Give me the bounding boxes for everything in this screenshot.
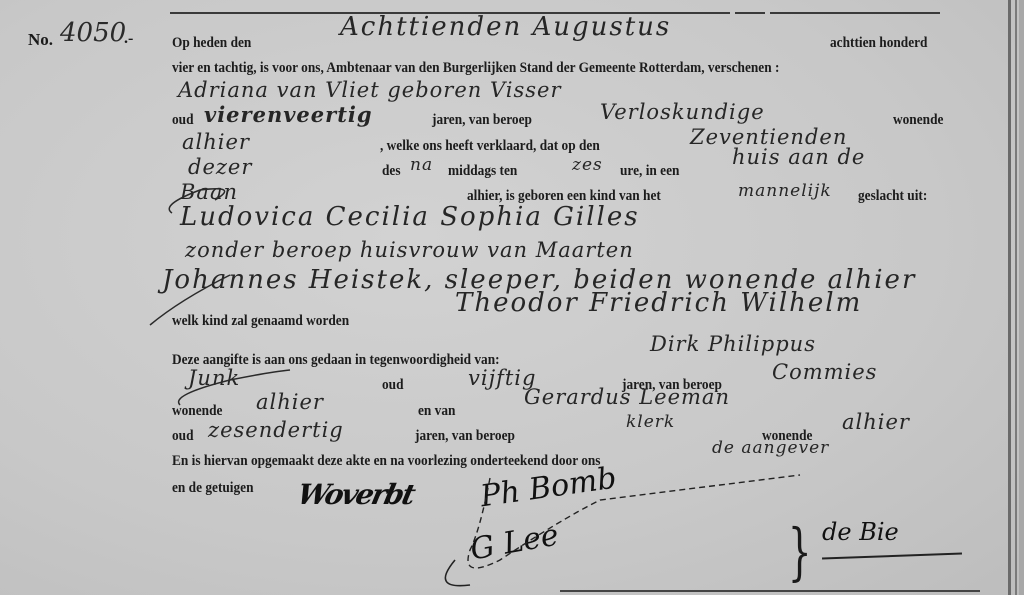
printed-kind-genaamd: welk kind zal genaamd worden [172, 313, 349, 330]
hand-birth-month-ref: dezer [188, 155, 252, 179]
hand-mother-line2: zonder beroep huisvrouw van Maarten [185, 238, 634, 262]
hand-declarant-age: vierenveertig [204, 102, 373, 127]
signature-4: de Bie [822, 518, 899, 546]
hand-day-part: na [410, 155, 433, 175]
printed-en-van: en van [418, 403, 455, 420]
hand-witness1-occupation: Commies [772, 360, 877, 384]
printed-verklaard: , welke ons heeft verklaard, dat op den [380, 138, 600, 155]
hand-witness2-occupation: klerk [626, 412, 675, 432]
printed-des: des [382, 163, 401, 180]
hand-witness1-residence: alhier [256, 390, 324, 414]
signature-1: Woverbt [294, 478, 416, 511]
printed-oud: oud [172, 112, 194, 129]
printed-wonende: wonende [893, 112, 943, 129]
hand-witness2-name: Gerardus Leeman [524, 385, 730, 409]
printed-oud-3: oud [172, 428, 194, 445]
printed-getuigen: en de getuigen [172, 480, 254, 497]
hand-signed-by-note: de aangever [712, 438, 829, 458]
hand-birth-hour: zes [572, 155, 603, 175]
hand-date-day: Achttienden Augustus [340, 12, 671, 42]
page-border [1008, 0, 1011, 595]
top-rule-short [735, 12, 765, 14]
bottom-rule [560, 590, 980, 592]
record-number: 4050 [60, 18, 126, 48]
record-number-suffix: .- [124, 30, 133, 48]
printed-middags-ten: middags ten [448, 163, 517, 180]
printed-line-ambtenaar: vier en tachtig, is voor ons, Ambtenaar … [172, 60, 779, 77]
printed-oud-2: oud [382, 377, 404, 394]
hand-witness1-name-b: Junk [188, 366, 240, 390]
page-border [1015, 0, 1017, 595]
hand-birth-place-2: Baan [180, 180, 238, 204]
hand-mother-name: Ludovica Cecilia Sophia Gilles [180, 202, 640, 232]
hand-birth-place-1: huis aan de [732, 145, 865, 169]
civil-birth-record-page: No. 4050 .- Op heden den Achttienden Aug… [0, 0, 1024, 595]
hand-declarant-occupation: Verloskundige [600, 100, 765, 124]
top-rule-right [770, 12, 940, 14]
printed-jaren-beroep: jaren, van beroep [432, 112, 532, 129]
printed-opgemaakt: En is hiervan opgemaakt deze akte en na … [172, 453, 600, 470]
signature-underline [822, 553, 962, 560]
hand-declarant: Adriana van Vliet geboren Visser [178, 78, 561, 102]
printed-achttien-honderd: achttien honderd [830, 35, 927, 52]
printed-op-heden: Op heden den [172, 35, 251, 52]
hand-witness1-name-a: Dirk Philippus [650, 332, 816, 356]
record-number-label: No. [28, 30, 53, 50]
hand-sex: mannelijk [738, 181, 832, 201]
hand-child-name: Theodor Friedrich Wilhelm [455, 288, 862, 318]
signature-brace: } [788, 515, 812, 588]
printed-ure-in-een: ure, in een [620, 163, 679, 180]
hand-witness2-age: zesendertig [208, 418, 344, 442]
signature-3: G Lee [468, 518, 562, 568]
hand-declarant-residence: alhier [182, 130, 250, 154]
printed-geslacht-uit: geslacht uit: [858, 188, 927, 205]
hand-witness2-residence: alhier [842, 410, 910, 434]
page-edge [1019, 0, 1024, 595]
printed-jaren-beroep-3: jaren, van beroep [415, 428, 515, 445]
